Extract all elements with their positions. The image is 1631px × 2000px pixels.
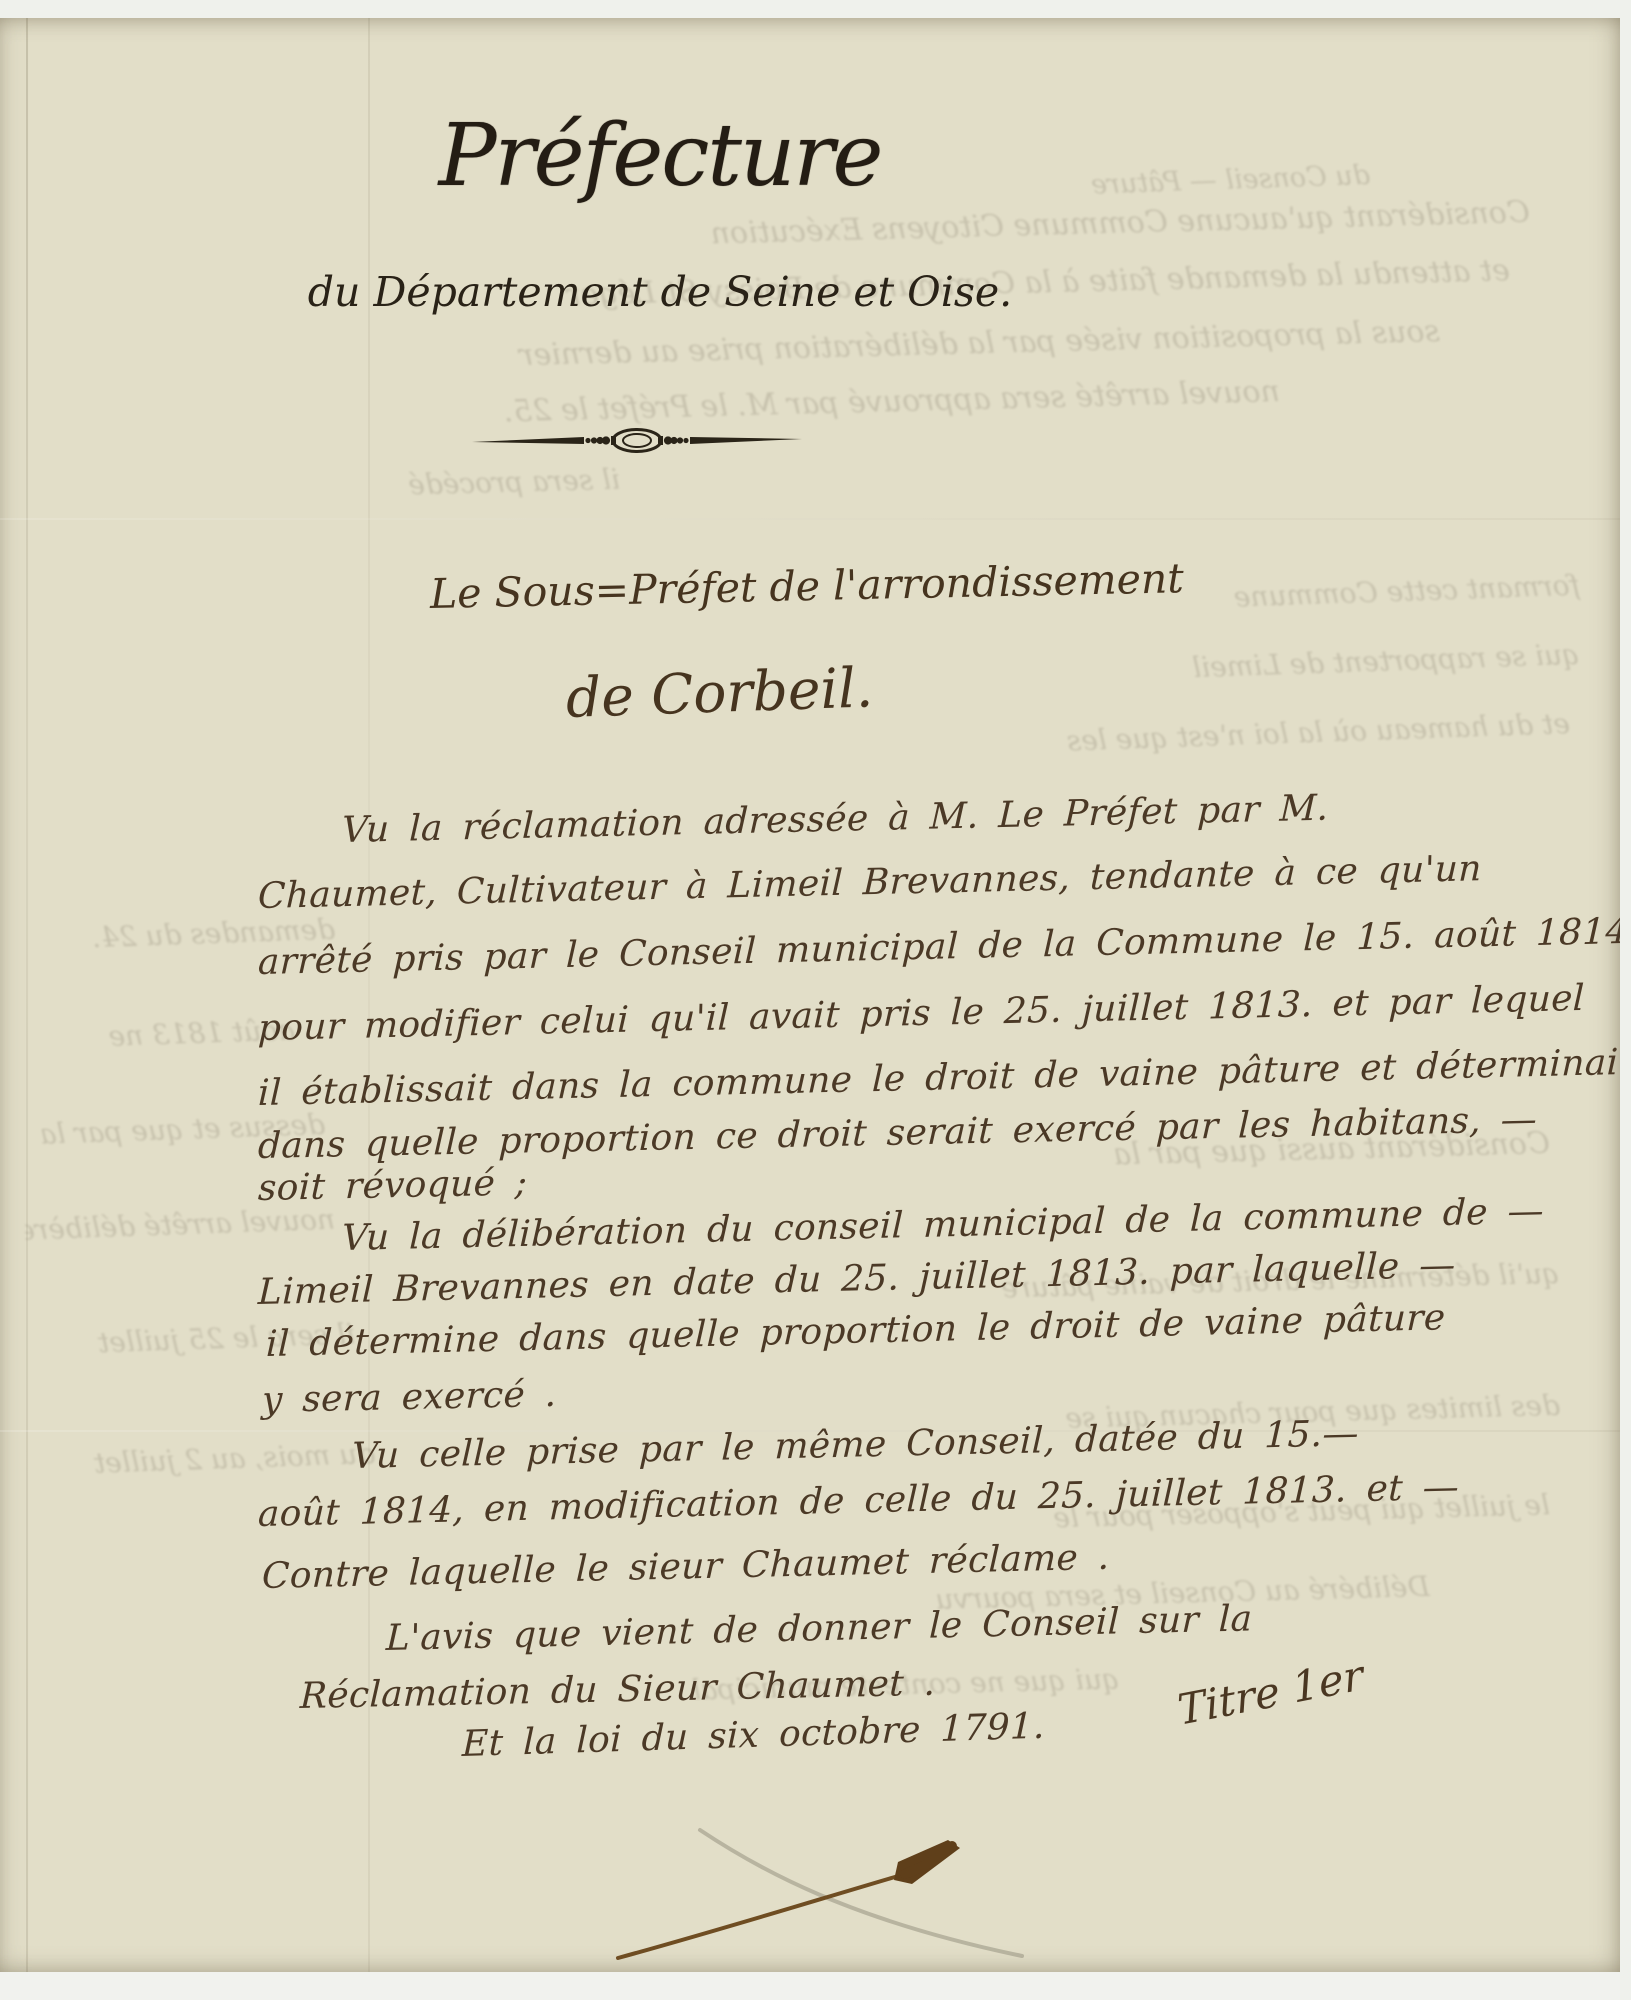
scanner-background-top [0, 0, 1631, 18]
scanner-background-right [1620, 0, 1631, 2000]
paper-sheet: du Conseil — Pâture Considérant qu'aucun… [0, 18, 1620, 1972]
scanner-background-bottom [0, 1972, 1631, 2000]
document-scan: du Conseil — Pâture Considérant qu'aucun… [0, 0, 1631, 2000]
ink-flourish [0, 18, 1620, 1972]
